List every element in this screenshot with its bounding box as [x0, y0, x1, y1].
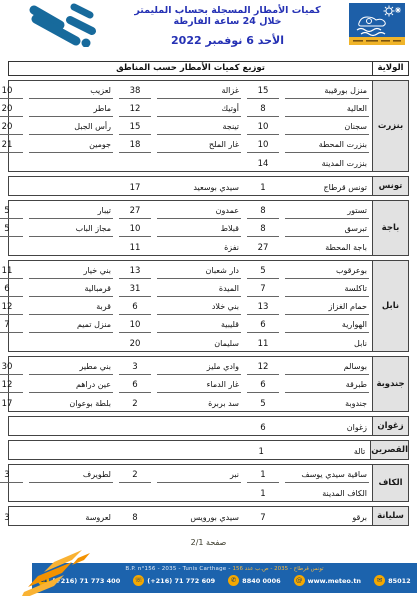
rain-value: 7: [247, 512, 279, 525]
station-name: نفزة: [157, 242, 241, 255]
station-name: [155, 458, 239, 459]
rain-value: 6: [247, 379, 279, 393]
station-name: تبرسق: [285, 223, 369, 237]
rain-value: 6: [119, 379, 151, 393]
wilaya-rows: تونس قرطاج1سيدي بوسعيد17: [0, 177, 372, 195]
rain-value: 7: [247, 283, 279, 297]
rain-value: 3: [119, 361, 151, 375]
table-row: بوعرقوب5دار شعبان13بني خيار11: [0, 261, 372, 279]
station-name: بوسالم: [285, 361, 369, 375]
station-name: [27, 458, 111, 459]
station-name: غار الملح: [157, 139, 241, 153]
table-row: منزل بورقيبة15غزالة38لعزيب10: [0, 81, 372, 99]
station-name: طبرقة: [285, 379, 369, 393]
page-header: كميات الأمطار المسجلة بحساب المليمتر خلا…: [0, 0, 417, 57]
station-name: سيدي بوسعيد: [157, 182, 241, 195]
fax-icon: ☏: [133, 575, 144, 586]
footer-contact-text: 85012: [388, 577, 411, 585]
station-name: قربة: [29, 301, 113, 315]
rain-value: [0, 458, 21, 459]
rain-value: 12: [119, 103, 151, 117]
stripes-logo: [20, 550, 108, 596]
station-name: باجة المحطة: [285, 242, 369, 255]
wilaya-rows: بوسالم12وادي مليز3بني مطير30طبرقة6غار ال…: [0, 357, 372, 411]
wilaya-cell: جندوبة: [372, 357, 408, 411]
station-name: تالة: [283, 446, 367, 459]
rain-value: 1: [247, 469, 279, 483]
wilaya-rows: تالة1: [0, 441, 370, 459]
footer-contact-text: 8840 0006: [242, 577, 280, 585]
table-row: تبرسق8قبلاط10مجاز الباب5: [0, 219, 372, 237]
station-name: [29, 194, 113, 195]
station-name: رأس الجبل: [29, 121, 113, 135]
rain-value: 6: [247, 422, 279, 435]
rain-value: 1: [247, 182, 279, 195]
station-name: بني خلاد: [157, 301, 241, 315]
station-name: لطويرف: [29, 469, 113, 483]
footer-contact-item: ✆8840 0006: [228, 575, 280, 586]
station-name: بنزرت المدينة: [285, 158, 369, 171]
wilaya-column-header: الولاية: [372, 62, 408, 75]
station-name: الهوارية: [285, 319, 369, 333]
rain-value: 11: [247, 338, 279, 351]
rain-value: 5: [247, 398, 279, 411]
wilaya-group: الكافساقية سيدي يوسف1نبر2لطويرف3الكاف ال…: [8, 464, 409, 502]
station-name: تاكلسة: [285, 283, 369, 297]
rain-value: 20: [119, 338, 151, 351]
rain-value: 13: [247, 301, 279, 315]
station-name: تستور: [285, 205, 369, 219]
table-row: جندوبة5سد بربرة2بلطة بوعوان17: [0, 393, 372, 411]
station-name: غار الدماء: [157, 379, 241, 393]
inm-logo: [349, 3, 405, 45]
rain-value: 20: [0, 121, 23, 135]
station-name: ماطر: [29, 103, 113, 117]
table-row: طبرقة6غار الدماء6عين دراهم12: [0, 375, 372, 393]
station-name: سيدي بورويس: [157, 512, 241, 525]
wilaya-group: باجةتستور8عمدون27تيبار5تبرسق8قبلاط10مجاز…: [8, 200, 409, 256]
rain-value: 1: [245, 446, 277, 459]
rain-value: 6: [119, 301, 151, 315]
station-name: نابل: [285, 338, 369, 351]
station-name: سد بربرة: [157, 398, 241, 411]
rain-value: 12: [247, 361, 279, 375]
rain-value: 10: [247, 121, 279, 135]
table-row: العالية8أوتيك12ماطر20: [0, 99, 372, 117]
station-name: دار شعبان: [157, 265, 241, 279]
station-name: تونس قرطاج: [285, 182, 369, 195]
station-name: لعزيب: [29, 85, 113, 99]
rain-value: 10: [0, 85, 23, 99]
rain-value: 18: [119, 139, 151, 153]
table-row: حمام الغزاز13بني خلاد6قربة12: [0, 297, 372, 315]
wilaya-cell: بنزرت: [372, 81, 408, 171]
rain-value: [117, 458, 149, 459]
station-name: سجنان: [285, 121, 369, 135]
footer-contact-item: @www.meteo.tn: [294, 575, 361, 586]
table-row: برقو7سيدي بورويس8لعروسة3: [0, 507, 372, 525]
wilaya-rows: زغوان6: [0, 417, 372, 435]
report-page: كميات الأمطار المسجلة بحساب المليمتر خلا…: [0, 0, 417, 596]
table-row: تستور8عمدون27تيبار5: [0, 201, 372, 219]
table-header-row: الولاية توزيع كميات الأمطار حسب المناطق: [8, 61, 409, 76]
rain-value: 6: [247, 319, 279, 333]
wilaya-group: جندوبةبوسالم12وادي مليز3بني مطير30طبرقة6…: [8, 356, 409, 412]
rain-value: 2: [119, 398, 151, 411]
table-row: بنزرت المحطة10غار الملح18جومين21: [0, 135, 372, 153]
station-name: جومين: [29, 139, 113, 153]
report-date: الأحد 6 نوفمبر 2022: [106, 34, 349, 47]
rain-value: [119, 434, 151, 435]
rain-value: 7: [0, 319, 23, 333]
station-name: قرمبالية: [29, 283, 113, 297]
wilaya-cell: القصرين: [370, 441, 408, 459]
wilaya-group: زغوانزغوان6: [8, 416, 409, 436]
table-row: نابل11سليمان20: [0, 333, 372, 351]
report-title-line2: خلال 24 ساعة الفارطة: [106, 16, 349, 27]
rainfall-table: الولاية توزيع كميات الأمطار حسب المناطق …: [8, 61, 409, 526]
wilaya-rows: منزل بورقيبة15غزالة38لعزيب10العالية8أوتي…: [0, 81, 372, 171]
footer-contact-text: www.meteo.tn: [308, 577, 361, 585]
station-name: قبلاط: [157, 223, 241, 237]
rain-value: [0, 170, 23, 171]
rain-value: 10: [119, 223, 151, 237]
station-name: زغوان: [285, 422, 369, 435]
regions-column-header: توزيع كميات الأمطار حسب المناطق: [9, 62, 372, 75]
table-row: بوسالم12وادي مليز3بني مطير30: [0, 357, 372, 375]
table-row: تاكلسة7الميدة31قرمبالية6: [0, 279, 372, 297]
station-name: عين دراهم: [29, 379, 113, 393]
report-titles: كميات الأمطار المسجلة بحساب المليمتر خلا…: [106, 3, 349, 47]
station-name: تيبار: [29, 205, 113, 219]
rain-value: 17: [0, 398, 23, 411]
station-name: بني خيار: [29, 265, 113, 279]
rain-value: 5: [247, 265, 279, 279]
sms-icon: ✉: [374, 575, 385, 586]
station-name: [157, 434, 241, 435]
footer-contact-item: ✉85012: [374, 575, 411, 586]
rain-value: [119, 170, 151, 171]
station-name: العالية: [285, 103, 369, 117]
station-name: لعروسة: [29, 512, 113, 525]
wilaya-cell: الكاف: [372, 465, 408, 501]
meteo-brand-logo: [14, 3, 106, 47]
table-row: بنزرت المدينة14: [0, 153, 372, 171]
station-name: [29, 500, 113, 501]
wilaya-group: القصرينتالة1: [8, 440, 409, 460]
rain-value: 15: [119, 121, 151, 135]
station-name: مجاز الباب: [29, 223, 113, 237]
wilaya-cell: تونس: [372, 177, 408, 195]
rain-value: 3: [0, 512, 23, 525]
station-name: تينجة: [157, 121, 241, 135]
station-name: الميدة: [157, 283, 241, 297]
rain-value: 8: [119, 512, 151, 525]
table-row: الهوارية6قليبية10منزل تميم7: [0, 315, 372, 333]
rain-value: 2: [119, 469, 151, 483]
station-name: برقو: [285, 512, 369, 525]
rain-value: [0, 350, 23, 351]
table-row: الكاف المدينة1: [0, 483, 372, 501]
page-number: صفحة 2/1: [0, 538, 417, 547]
station-name: [29, 434, 113, 435]
station-name: نبر: [157, 469, 241, 483]
rain-value: 5: [0, 223, 23, 237]
rain-value: 1: [247, 488, 279, 501]
station-name: حمام الغزاز: [285, 301, 369, 315]
table-row: ساقية سيدي يوسف1نبر2لطويرف3: [0, 465, 372, 483]
rain-value: 8: [247, 223, 279, 237]
wilaya-rows: تستور8عمدون27تيبار5تبرسق8قبلاط10مجاز الب…: [0, 201, 372, 255]
footer-address-arabic: تونس قرطاج - 2035 - ص.ب عدد 156: [232, 566, 323, 572]
table-row: باجة المحطة27نفزة11: [0, 237, 372, 255]
station-name: غزالة: [157, 85, 241, 99]
station-name: الكاف المدينة: [285, 488, 369, 501]
station-name: [29, 350, 113, 351]
station-name: منزل بورقيبة: [285, 85, 369, 99]
station-name: وادي مليز: [157, 361, 241, 375]
station-name: [157, 500, 241, 501]
footer-contact-item: ☏(+216) 71 772 609: [133, 575, 215, 586]
report-title-line1: كميات الأمطار المسجلة بحساب المليمتر: [106, 5, 349, 16]
station-name: [29, 170, 113, 171]
station-name: منزل تميم: [29, 319, 113, 333]
wilaya-group: سليانةبرقو7سيدي بورويس8لعروسة3: [8, 506, 409, 526]
table-row: تونس قرطاج1سيدي بوسعيد17: [0, 177, 372, 195]
rain-value: [0, 434, 23, 435]
hotline-icon: ✆: [228, 575, 239, 586]
wilaya-rows: برقو7سيدي بورويس8لعروسة3: [0, 507, 372, 525]
rain-value: 8: [247, 103, 279, 117]
wilaya-cell: نابل: [372, 261, 408, 351]
station-name: [29, 254, 113, 255]
station-name: عمدون: [157, 205, 241, 219]
table-body: بنزرتمنزل بورقيبة15غزالة38لعزيب10العالية…: [8, 80, 409, 526]
rain-value: 11: [119, 242, 151, 255]
wilaya-rows: ساقية سيدي يوسف1نبر2لطويرف3الكاف المدينة…: [0, 465, 372, 501]
rain-value: 11: [0, 265, 23, 279]
rain-value: 13: [119, 265, 151, 279]
website-icon: @: [294, 575, 305, 586]
station-name: أوتيك: [157, 103, 241, 117]
rain-value: 14: [247, 158, 279, 171]
station-name: [157, 170, 241, 171]
rain-value: 15: [247, 85, 279, 99]
station-name: بني مطير: [29, 361, 113, 375]
rain-value: 6: [0, 283, 23, 297]
station-name: بوعرقوب: [285, 265, 369, 279]
wilaya-cell: زغوان: [372, 417, 408, 435]
wilaya-group: تونستونس قرطاج1سيدي بوسعيد17: [8, 176, 409, 196]
rain-value: 12: [0, 379, 23, 393]
table-row: زغوان6: [0, 417, 372, 435]
rain-value: [0, 500, 23, 501]
rain-value: 20: [0, 103, 23, 117]
footer-contact-text: (+216) 71 772 609: [147, 577, 215, 585]
wilaya-rows: بوعرقوب5دار شعبان13بني خيار11تاكلسة7المي…: [0, 261, 372, 351]
rain-value: [0, 194, 23, 195]
rain-value: [0, 254, 23, 255]
rain-value: 31: [119, 283, 151, 297]
rain-value: 3: [0, 469, 23, 483]
wilaya-cell: باجة: [372, 201, 408, 255]
footer-address-latin: B.P. n°156 - 2035 - Tunis Carthage -: [125, 566, 230, 572]
station-name: قليبية: [157, 319, 241, 333]
rain-value: [119, 500, 151, 501]
rain-value: 21: [0, 139, 23, 153]
rain-value: 10: [119, 319, 151, 333]
station-name: بلطة بوعوان: [29, 398, 113, 411]
wilaya-group: نابلبوعرقوب5دار شعبان13بني خيار11تاكلسة7…: [8, 260, 409, 352]
rain-value: 27: [119, 205, 151, 219]
station-name: ساقية سيدي يوسف: [285, 469, 369, 483]
wilaya-group: بنزرتمنزل بورقيبة15غزالة38لعزيب10العالية…: [8, 80, 409, 172]
wilaya-cell: سليانة: [372, 507, 408, 525]
rain-value: 5: [0, 205, 23, 219]
rain-value: 27: [247, 242, 279, 255]
rain-value: 30: [0, 361, 23, 375]
rain-value: 12: [0, 301, 23, 315]
station-name: جندوبة: [285, 398, 369, 411]
rain-value: 10: [247, 139, 279, 153]
rain-value: 17: [119, 182, 151, 195]
table-row: سجنان10تينجة15رأس الجبل20: [0, 117, 372, 135]
rain-value: 8: [247, 205, 279, 219]
table-row: تالة1: [0, 441, 370, 459]
station-name: سليمان: [157, 338, 241, 351]
rain-value: 38: [119, 85, 151, 99]
station-name: بنزرت المحطة: [285, 139, 369, 153]
